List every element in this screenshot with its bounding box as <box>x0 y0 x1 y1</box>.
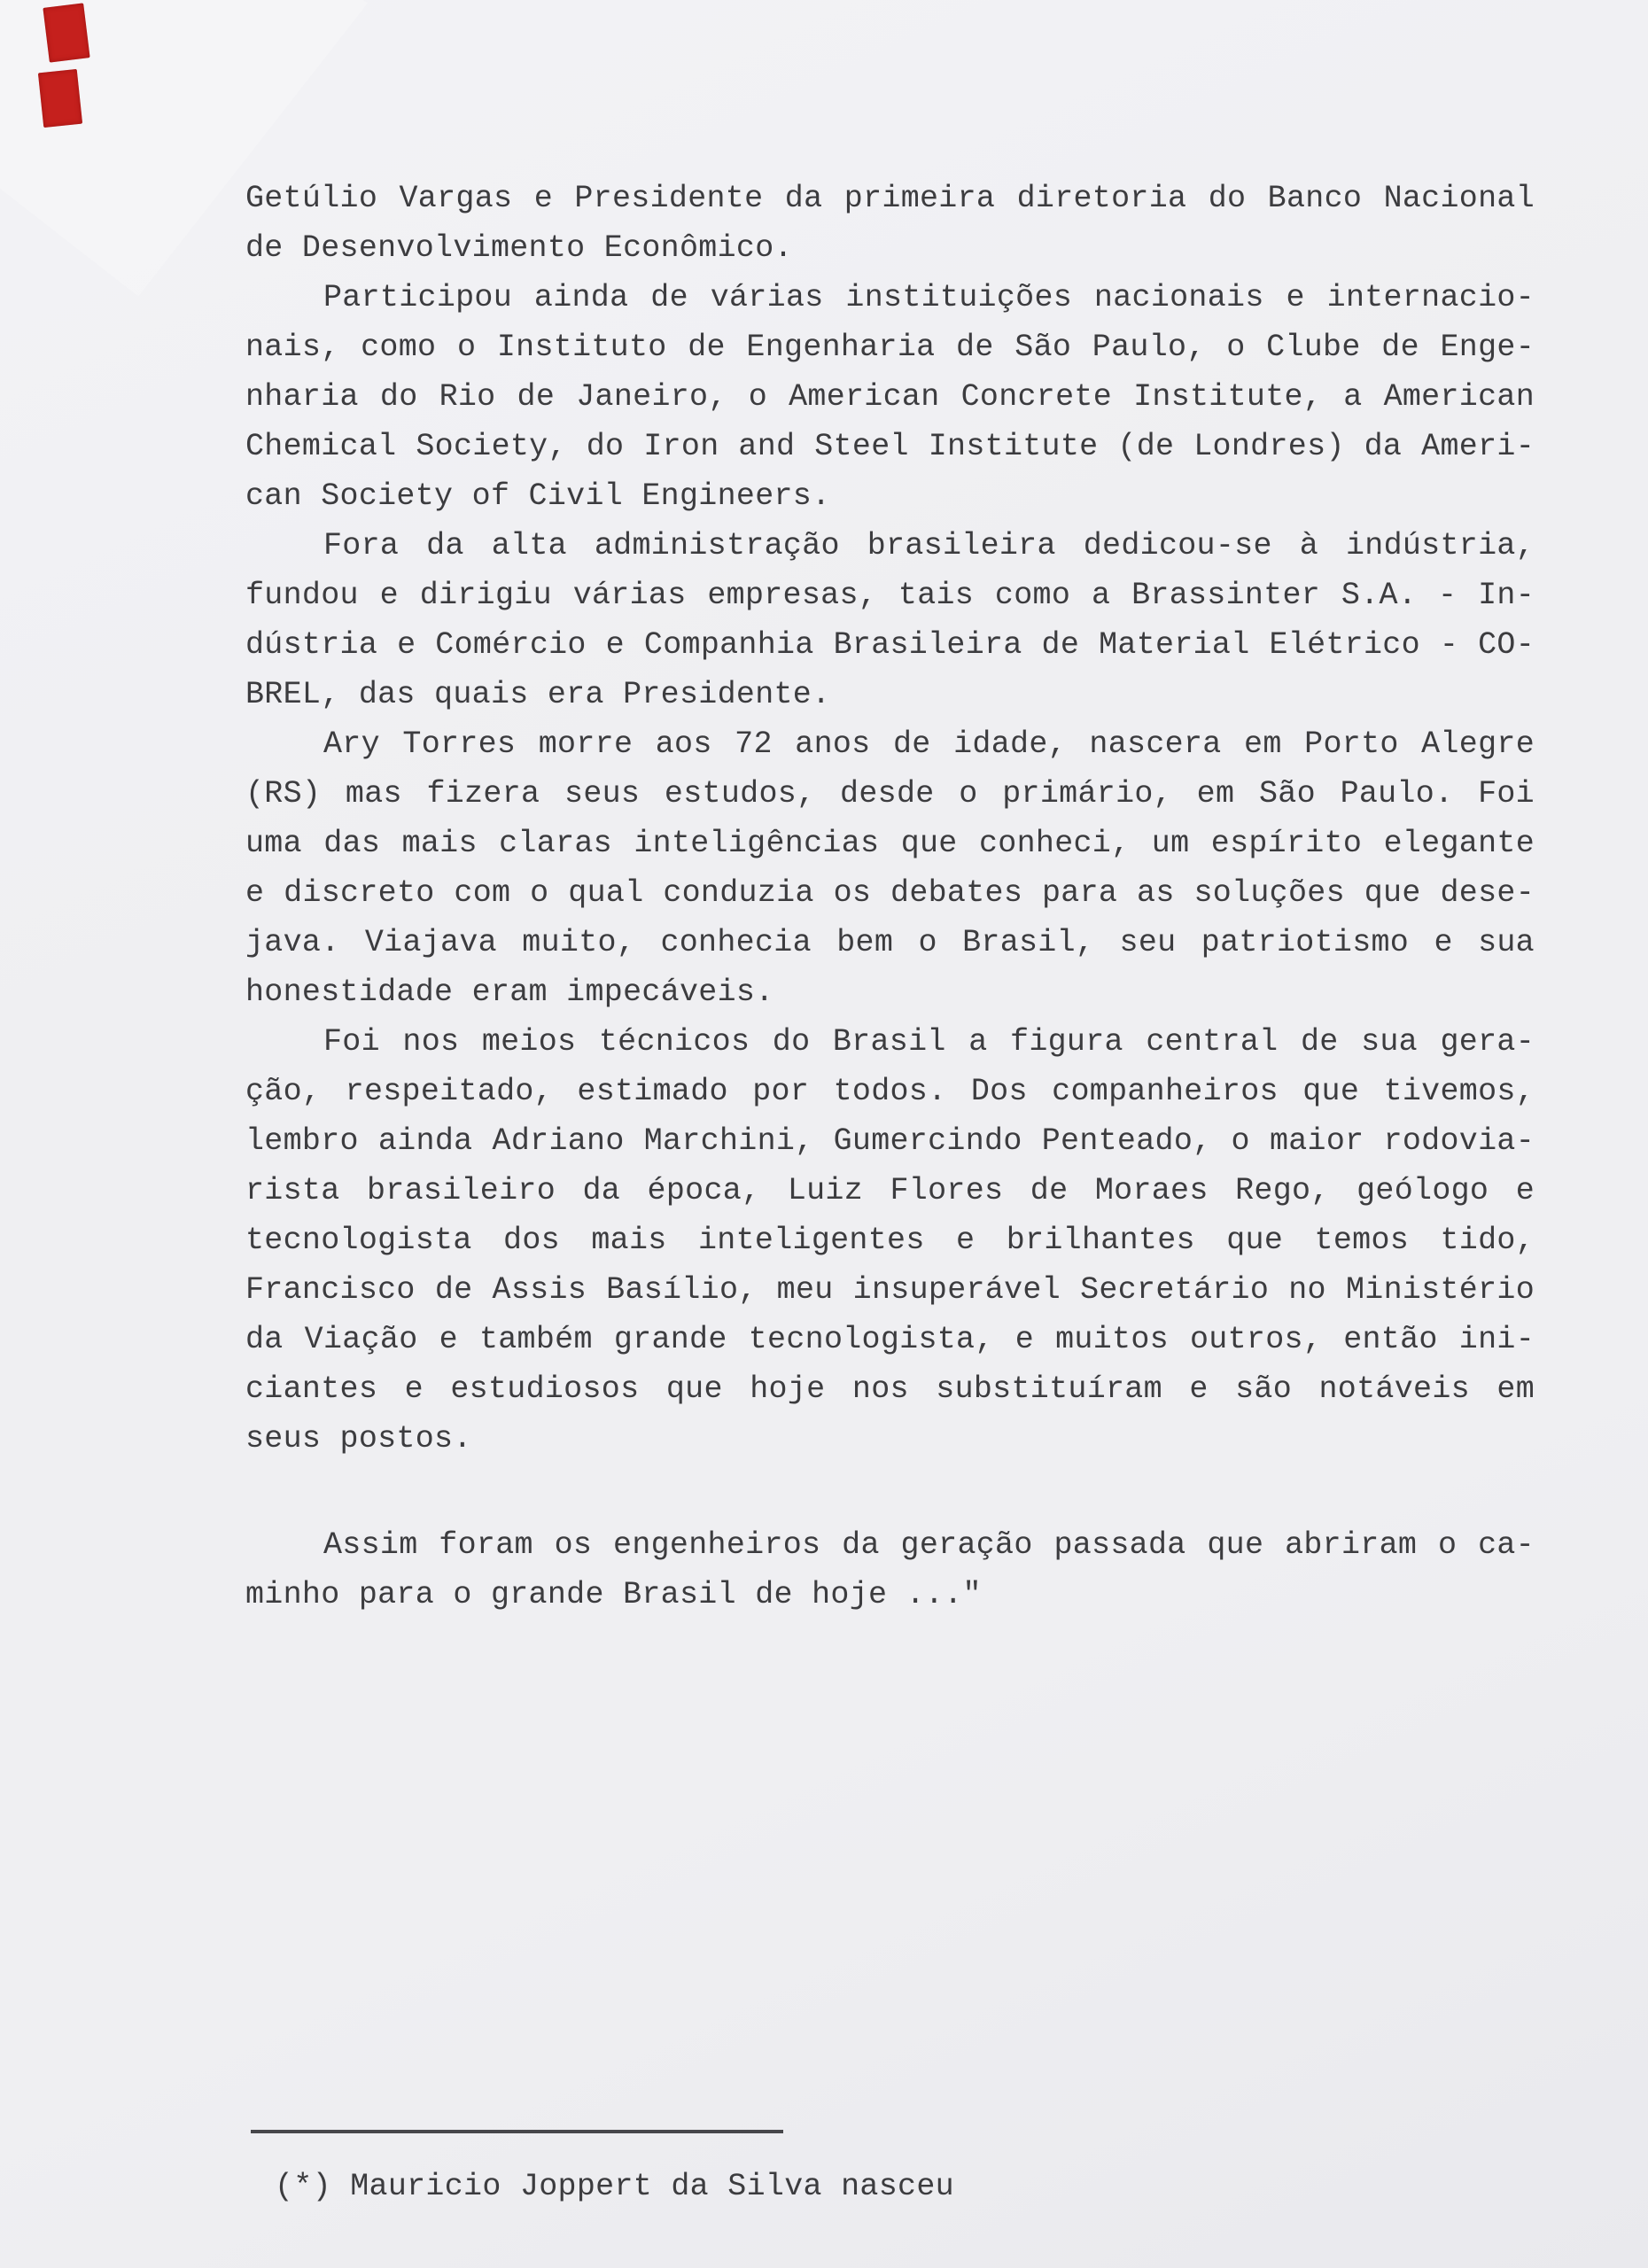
footnote-rule <box>251 2130 783 2133</box>
text-line: lembro ainda Adriano Marchini, Gumercind… <box>245 1116 1535 1166</box>
text-line: honestidade eram impecáveis. <box>245 967 1535 1017</box>
text-line: Getúlio Vargas e Presidente da primeira … <box>245 174 1535 223</box>
text-line: dústria e Comércio e Companhia Brasileir… <box>245 620 1535 670</box>
text-line: da Viação e também grande tecnologista, … <box>245 1315 1535 1364</box>
text-line: uma das mais claras inteligências que co… <box>245 819 1535 868</box>
text-line: Ary Torres morre aos 72 anos de idade, n… <box>245 719 1535 769</box>
document-text: Getúlio Vargas e Presidente da primeira … <box>245 174 1535 1619</box>
text-line: tecnologista dos mais inteligentes e bri… <box>245 1216 1535 1265</box>
text-line: rista brasileiro da época, Luiz Flores d… <box>245 1166 1535 1216</box>
text-line: fundou e dirigiu várias empresas, tais c… <box>245 571 1535 620</box>
text-line: Fora da alta administração brasileira de… <box>245 521 1535 571</box>
scanned-document-page: { "page": { "kind": "typewritten scanned… <box>0 0 1648 2268</box>
text-line: minho para o grande Brasil de hoje ..." <box>245 1570 1535 1619</box>
text-line: (RS) mas fizera seus estudos, desde o pr… <box>245 769 1535 819</box>
text-line: nais, como o Instituto de Engenharia de … <box>245 322 1535 372</box>
text-line: ção, respeitado, estimado por todos. Dos… <box>245 1067 1535 1116</box>
text-line: seus postos. <box>245 1414 1535 1464</box>
text-line: Participou ainda de várias instituições … <box>245 273 1535 322</box>
text-line: nharia do Rio de Janeiro, o American Con… <box>245 372 1535 422</box>
text-line: can Society of Civil Engineers. <box>245 471 1535 521</box>
text-line: Francisco de Assis Basílio, meu insuperá… <box>245 1265 1535 1315</box>
footnote-text: (*) Mauricio Joppert da Silva nasceu <box>275 2162 954 2211</box>
text-line: java. Viajava muito, conhecia bem o Bras… <box>245 918 1535 967</box>
text-line: Assim foram os engenheiros da geração pa… <box>245 1520 1535 1570</box>
red-marker-strip-lower <box>38 69 82 128</box>
text-line: Foi nos meios técnicos do Brasil a figur… <box>245 1017 1535 1067</box>
text-line: ciantes e estudiosos que hoje nos substi… <box>245 1364 1535 1414</box>
text-line: de Desenvolvimento Econômico. <box>245 223 1535 273</box>
text-line: Chemical Society, do Iron and Steel Inst… <box>245 422 1535 471</box>
red-marker-strip-upper <box>43 3 89 62</box>
text-line: e discreto com o qual conduzia os debate… <box>245 868 1535 918</box>
text-line: BREL, das quais era Presidente. <box>245 670 1535 719</box>
